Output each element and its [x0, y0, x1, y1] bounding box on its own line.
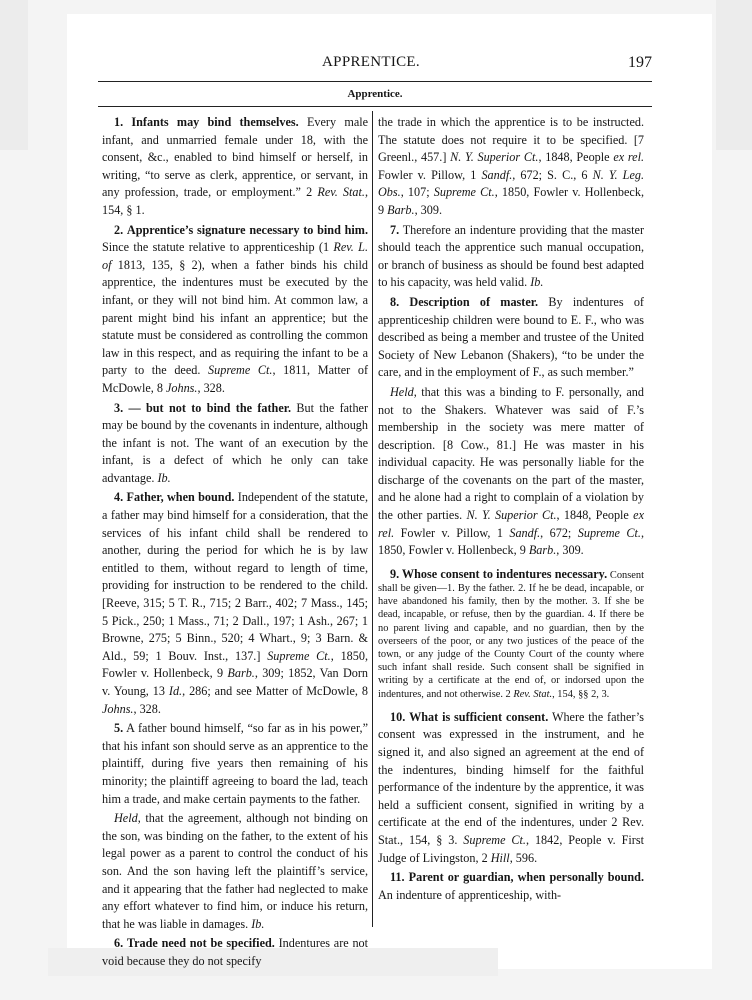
- para-heading: Infants may bind themselves.: [131, 115, 298, 129]
- para-heading: — but not to bind the father.: [128, 401, 291, 415]
- para-heading: Apprentice’s signature necessary to bind…: [127, 223, 368, 237]
- para-number: 10.: [390, 710, 405, 724]
- paragraph-1: 1. Infants may bind themselves. Every ma…: [102, 114, 368, 220]
- right-column: the trade in which the apprentice is to …: [378, 114, 644, 906]
- scan-background: [716, 0, 752, 150]
- para-number: 6.: [114, 936, 123, 950]
- para-number: 7.: [390, 223, 399, 237]
- para-heading: Description of master.: [409, 295, 538, 309]
- para-heading: What is sufficient consent.: [409, 710, 548, 724]
- column-divider: [372, 111, 373, 927]
- para-number: 3.: [114, 401, 123, 415]
- header-rule: [98, 81, 652, 82]
- paragraph-8-held: Held, that this was a binding to F. pers…: [378, 384, 644, 560]
- para-heading: Parent or guardian, when personally boun…: [409, 870, 644, 884]
- paragraph-8: 8. Description of master. By indentures …: [378, 294, 644, 382]
- running-title: APPRENTICE.: [90, 54, 652, 71]
- para-heading: Whose consent to indentures necessary.: [402, 567, 607, 581]
- paragraph-7: 7. Therefore an indenture providing that…: [378, 222, 644, 292]
- paragraph-9: 9. Whose consent to indentures necessary…: [378, 568, 644, 701]
- left-column: 1. Infants may bind themselves. Every ma…: [102, 114, 368, 973]
- para-number: 9.: [390, 567, 399, 581]
- paragraph-10: 10. What is sufficient consent. Where th…: [378, 709, 644, 867]
- paragraph-5: 5. A father bound himself, “so far as in…: [102, 720, 368, 808]
- para-number: 11.: [390, 870, 405, 884]
- scan-background: [0, 0, 28, 150]
- para-heading: Father, when bound.: [127, 490, 235, 504]
- para-heading: Trade need not be specified.: [127, 936, 275, 950]
- header-rule: [98, 106, 652, 107]
- para-number: 1.: [114, 115, 123, 129]
- running-head: APPRENTICE. 197: [90, 54, 652, 78]
- page-number: 197: [628, 54, 652, 72]
- paragraph-6: 6. Trade need not be specified. Indentur…: [102, 935, 368, 970]
- paragraph-5-held: Held, that the agreement, although not b…: [102, 810, 368, 933]
- para-number: 4.: [114, 490, 123, 504]
- section-heading: Apprentice.: [98, 88, 652, 100]
- para-number: 5.: [114, 721, 123, 735]
- paragraph-4: 4. Father, when bound. Independent of th…: [102, 489, 368, 718]
- para-number: 2.: [114, 223, 123, 237]
- paragraph-2: 2. Apprentice’s signature necessary to b…: [102, 222, 368, 398]
- paragraph-6-continued: the trade in which the apprentice is to …: [378, 114, 644, 220]
- para-number: 8.: [390, 295, 399, 309]
- paragraph-3: 3. — but not to bind the father. But the…: [102, 400, 368, 488]
- paragraph-11: 11. Parent or guardian, when personally …: [378, 869, 644, 904]
